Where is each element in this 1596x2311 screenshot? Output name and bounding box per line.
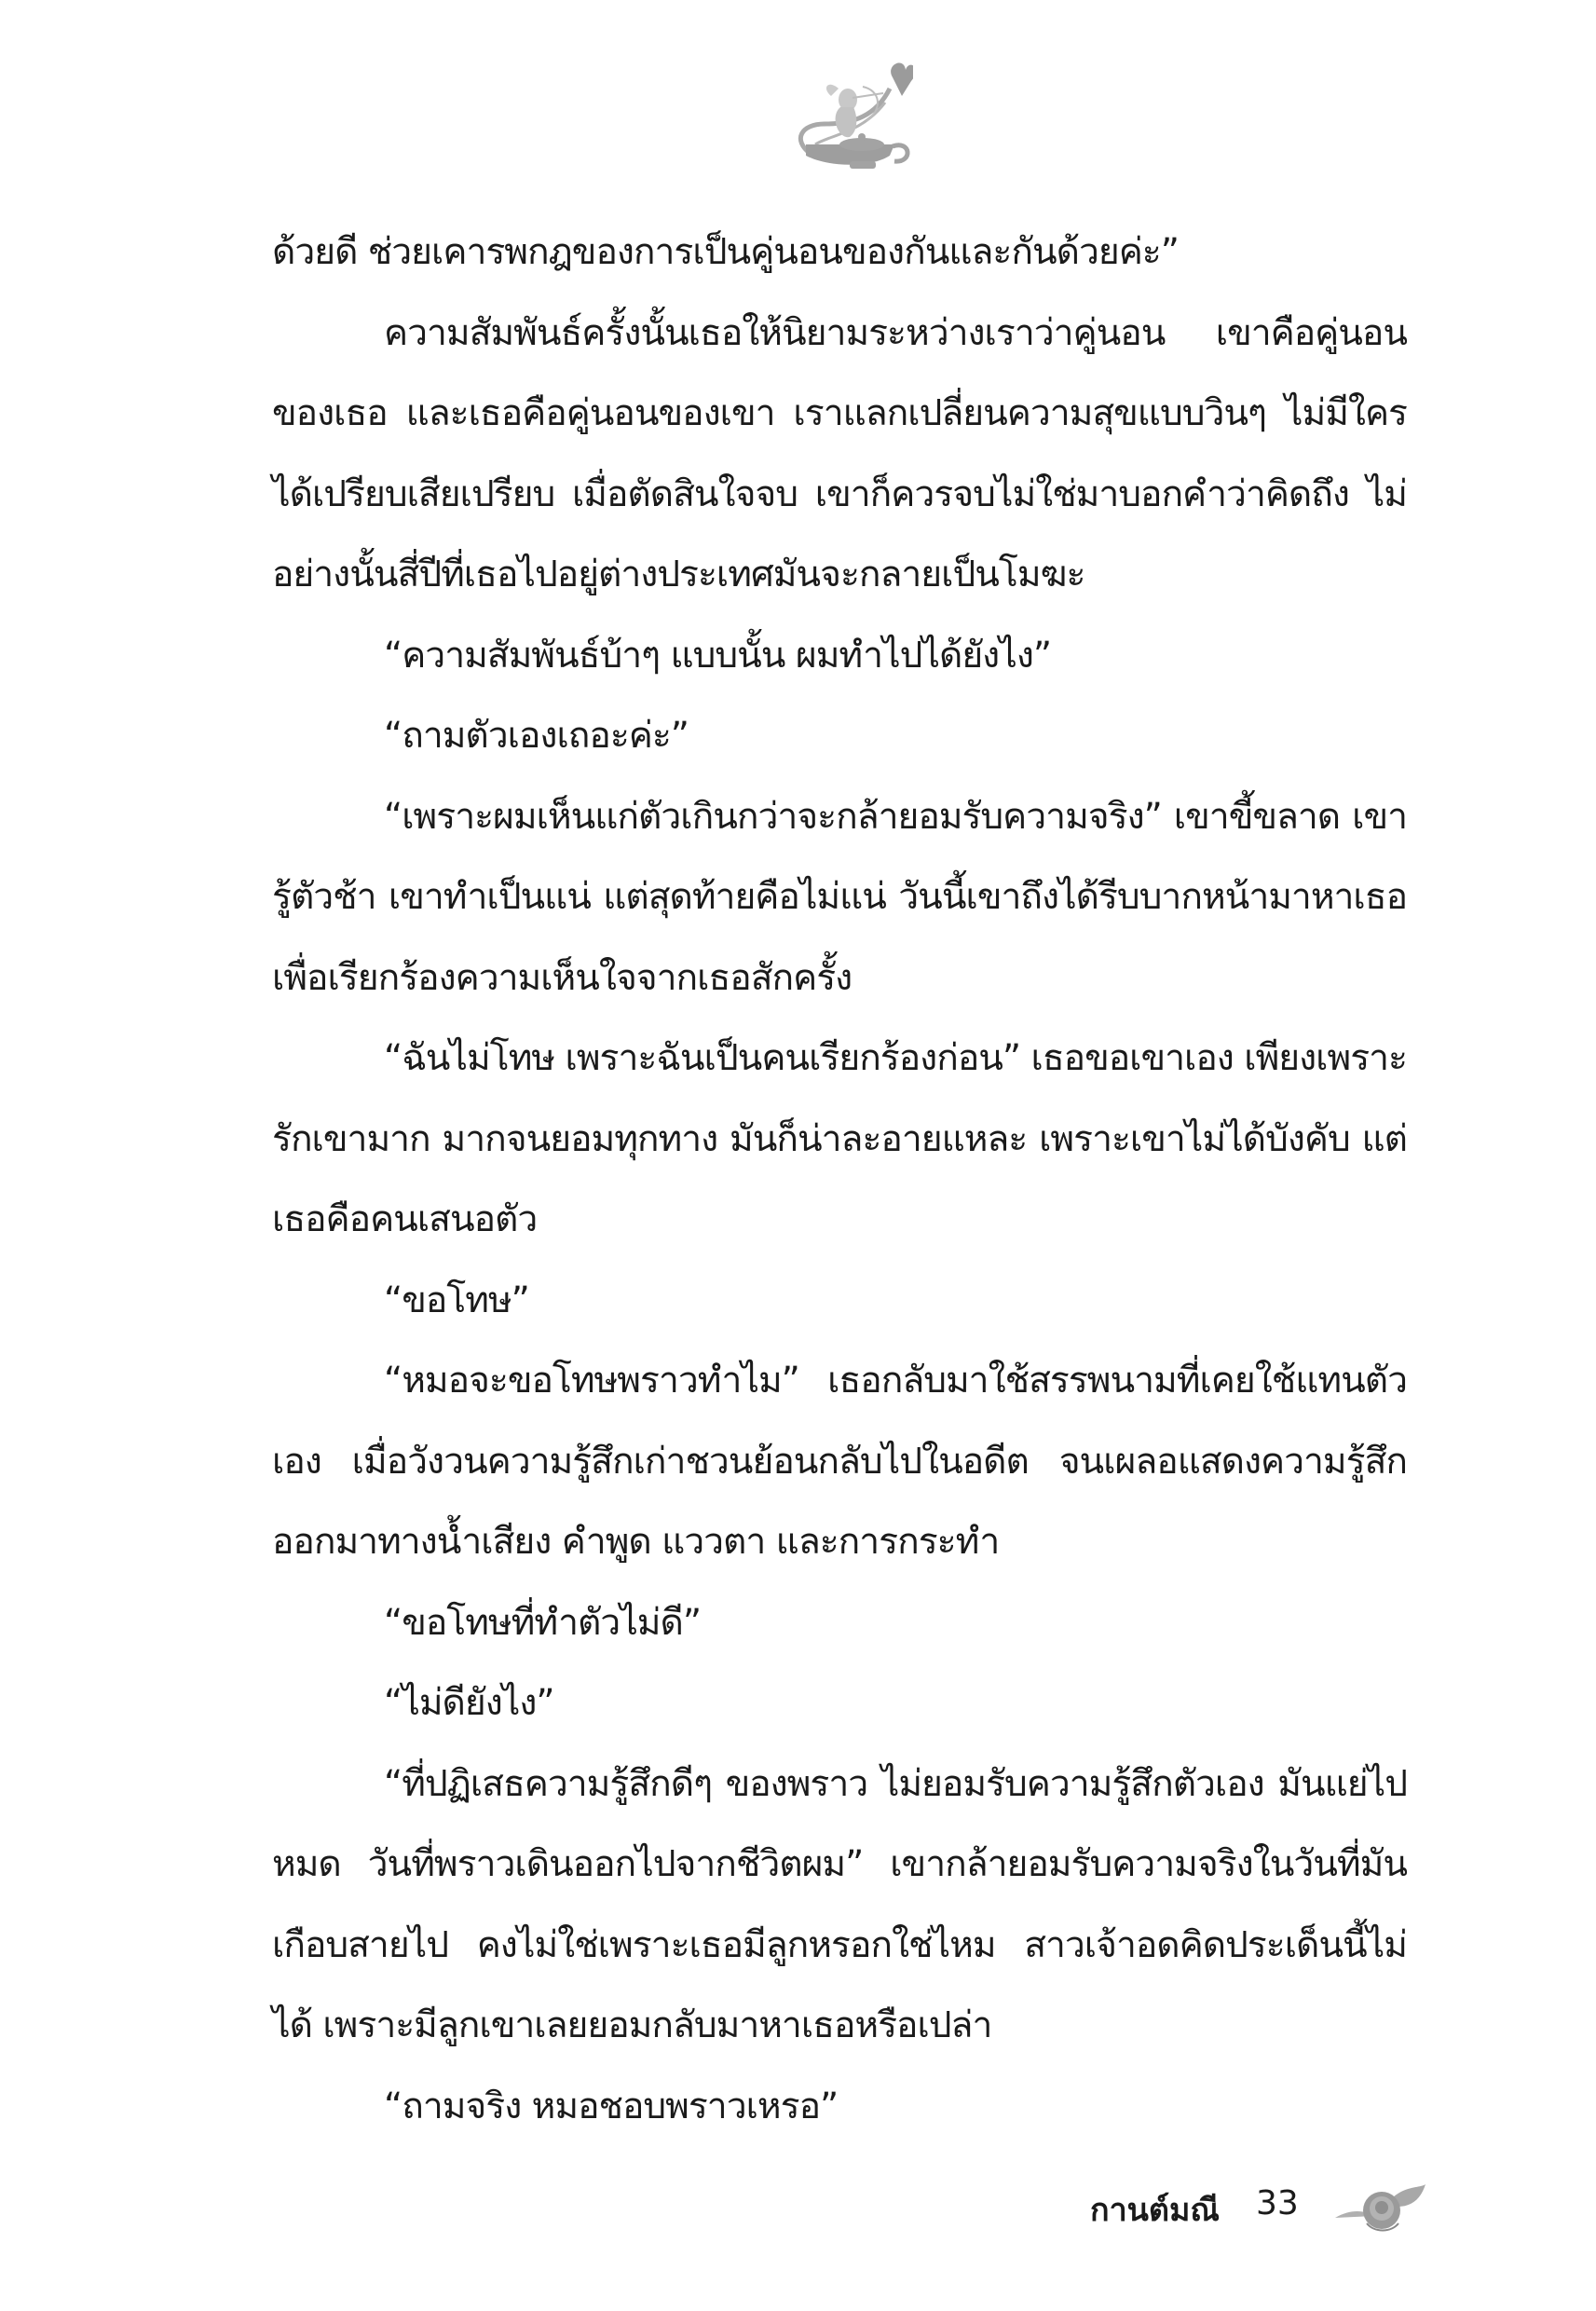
page-footer: กานต์มณี 33 <box>1090 2181 1444 2236</box>
paragraph: “เพราะผมเห็นแก่ตัวเกินกว่าจะกล้ายอมรับคว… <box>272 777 1407 1019</box>
body-text: ด้วยดี ช่วยเคารพกฎของการเป็นคู่นอนของกัน… <box>272 212 1407 2147</box>
rose-icon <box>1328 2181 1430 2236</box>
paragraph: ด้วยดี ช่วยเคารพกฎของการเป็นคู่นอนของกัน… <box>272 212 1407 294</box>
paragraph: “ฉันไม่โทษ เพราะฉันเป็นคนเรียกร้องก่อน” … <box>272 1019 1407 1261</box>
dialogue-line: “ความสัมพันธ์บ้าๆ แบบนั้น ผมทำไปได้ยังไง… <box>272 616 1407 697</box>
dialogue-line: “ไม่ดียังไง” <box>272 1663 1407 1744</box>
paragraph: “หมอจะขอโทษพราวทำไม” เธอกลับมาใช้สรรพนาม… <box>272 1341 1407 1583</box>
paragraph: “ที่ปฏิเสธความรู้สึกดีๆ ของพราว ไม่ยอมรั… <box>272 1744 1407 2067</box>
paragraph: ความสัมพันธ์ครั้งนั้นเธอให้นิยามระหว่างเ… <box>272 294 1407 616</box>
page-number: 33 <box>1256 2184 1299 2222</box>
book-title: กานต์มณี <box>1090 2184 1220 2235</box>
dialogue-line: “ขอโทษ” <box>272 1261 1407 1342</box>
dialogue-line: “ขอโทษที่ทำตัวไม่ดี” <box>272 1583 1407 1664</box>
dialogue-line: “ถามตัวเองเถอะค่ะ” <box>272 696 1407 777</box>
dialogue-line: “ถามจริง หมอชอบพราวเหรอ” <box>272 2067 1407 2148</box>
book-page: ด้วยดี ช่วยเคารพกฎของการเป็นคู่นอนของกัน… <box>0 0 1596 2311</box>
cupid-teapot-lamp-icon <box>773 51 913 172</box>
